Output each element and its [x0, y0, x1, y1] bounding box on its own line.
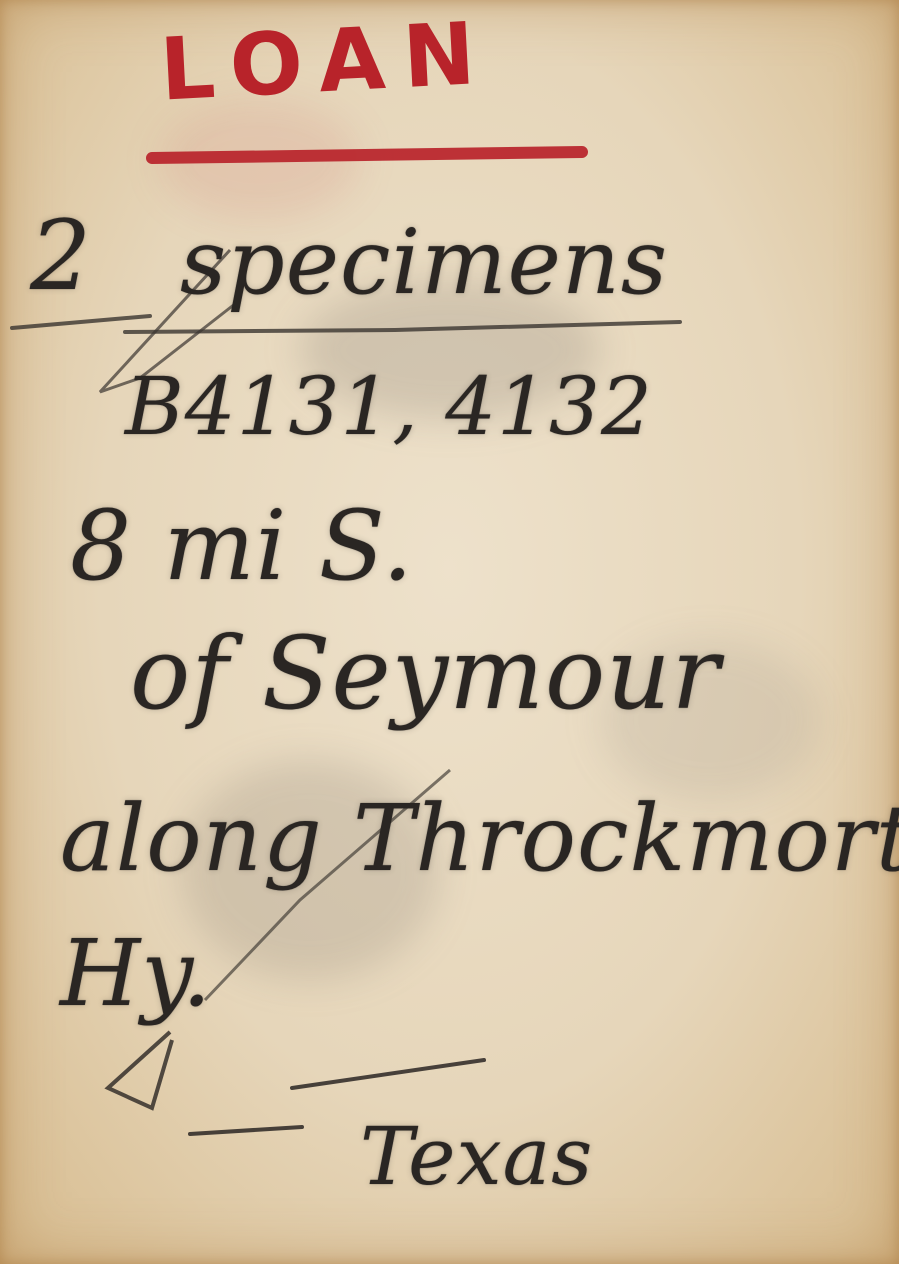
- loan-underline: [152, 152, 582, 158]
- locality-state: Texas: [360, 1110, 593, 1203]
- dash-upper: [292, 1060, 484, 1088]
- loan-heading: LOAN: [158, 3, 496, 120]
- locality-town: of Seymour: [130, 615, 720, 732]
- locality-road: along Throckmorton: [60, 785, 899, 892]
- catalog-numbers: B4131, 4132: [125, 360, 653, 453]
- locality-distance: 8 mi S.: [70, 490, 414, 602]
- specimen-count: 2: [30, 200, 92, 312]
- specimens-label: specimens: [180, 210, 668, 315]
- dash-lower: [190, 1127, 302, 1134]
- specimen-tag: LOAN 2 specimens B4131, 4132 8 mi S. of …: [0, 0, 899, 1264]
- qty-underline: [12, 316, 150, 328]
- hy-loop: [108, 1032, 172, 1108]
- locality-highway: Hy.: [60, 920, 212, 1027]
